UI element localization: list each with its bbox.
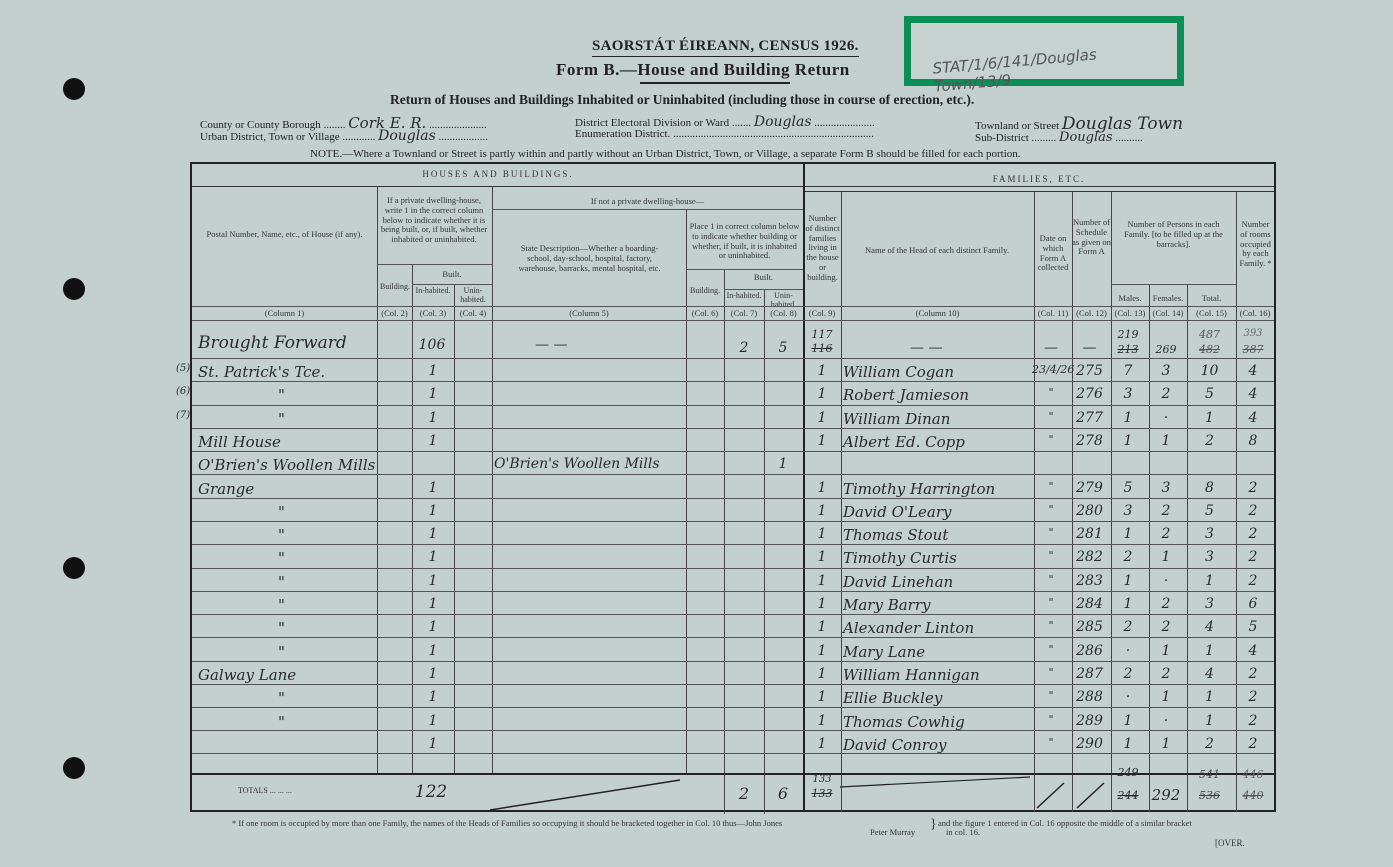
cell-c14: 1 (1147, 643, 1185, 659)
row-line (192, 428, 1274, 429)
cell-c16: 4 (1234, 643, 1272, 659)
cell-c13: 1 (1109, 410, 1147, 426)
cell-c12: 285 (1070, 619, 1109, 635)
cell-c10: David Linehan (843, 573, 1033, 591)
header-not-private: If not a private dwelling-house— (492, 197, 803, 207)
header-c4: Unin-habited. (455, 286, 491, 304)
cell-c12: 284 (1070, 596, 1109, 612)
cell-c15: 4 (1185, 619, 1234, 635)
footnote-name-2: Peter Murray (870, 827, 915, 837)
cell-c1: St. Patrick's Tce. (198, 363, 378, 381)
cell-c9: 1 (803, 363, 841, 379)
col-label: (Col. 16) (1236, 309, 1274, 319)
divider (1111, 284, 1236, 285)
col-label: (Col. 11) (1034, 309, 1072, 319)
cell-c12: 279 (1070, 480, 1109, 496)
cell-c10: Timothy Harrington (843, 480, 1033, 498)
totals-diagonal-c10 (840, 775, 1060, 811)
cell-c16: 2 (1234, 526, 1272, 542)
cell-c14: 2 (1147, 386, 1185, 402)
cell-c15: 3 (1185, 596, 1234, 612)
cell-c10: William Dinan (843, 410, 1033, 428)
cell-c10: Thomas Cowhig (843, 713, 1033, 731)
cell-c11: " (1032, 643, 1070, 656)
enum-field: Enumeration District. ..................… (575, 128, 874, 140)
cell-c16: 6 (1234, 596, 1272, 612)
cell-c15: 3 (1185, 526, 1234, 542)
bf-c15-old: 482 (1185, 343, 1234, 356)
cell-c14: · (1147, 573, 1185, 589)
cell-c16: 2 (1234, 736, 1272, 752)
cell-c3: 1 (412, 433, 454, 449)
cell-c11: " (1032, 713, 1070, 726)
col-label: (Col. 8) (764, 309, 803, 319)
header-c3: In-habited. (414, 286, 452, 295)
cell-c14: 2 (1147, 596, 1185, 612)
bf-c9-new: 117 (803, 328, 841, 341)
cell-c3: 1 (412, 526, 454, 542)
cell-c1: Galway Lane (198, 666, 378, 684)
cell-c9: 1 (803, 386, 841, 402)
cell-c13: 2 (1109, 666, 1147, 682)
cell-c14: 2 (1147, 666, 1185, 682)
cell-c15: 1 (1185, 713, 1234, 729)
cell-c15: 1 (1185, 573, 1234, 589)
row-line (192, 544, 1274, 545)
col-label: (Col. 7) (724, 309, 764, 319)
cell-c9: 1 (803, 643, 841, 659)
header-c13: Males. (1111, 294, 1149, 304)
cell-c13: · (1109, 689, 1147, 705)
cell-c9: 1 (803, 480, 841, 496)
bf-c10: — — (910, 340, 942, 356)
cell-c10: Mary Barry (843, 596, 1033, 614)
cell-c3: 1 (412, 503, 454, 519)
cell-c11: " (1032, 736, 1070, 749)
form-title: Form B.—House and Building Return (556, 60, 850, 80)
col-label: (Column 1) (192, 309, 377, 319)
cell-c11: " (1032, 526, 1070, 539)
header-c6: Building. (686, 286, 724, 295)
urban-value[interactable]: Douglas (378, 128, 436, 144)
cell-c16: 2 (1234, 549, 1272, 565)
totals-c9-new: 133 (803, 774, 841, 785)
cell-c12: 280 (1070, 503, 1109, 519)
col-label: (Col. 15) (1187, 309, 1236, 319)
col-label: (Col. 13) (1111, 309, 1149, 319)
bf-c15-new: 487 (1185, 328, 1234, 341)
totals-c13-new: 249 (1109, 766, 1147, 779)
cell-c15: 2 (1185, 736, 1234, 752)
cell-c11: " (1032, 596, 1070, 609)
cell-c11: " (1032, 503, 1070, 516)
bf-c3: 106 (412, 337, 452, 353)
cell-c14: 2 (1147, 619, 1185, 635)
cell-c15: 1 (1185, 643, 1234, 659)
reference-stamp: STAT/1/6/141/Douglas Town/13/9 (932, 38, 1178, 95)
divider (724, 289, 803, 290)
cell-c13: 5 (1109, 480, 1147, 496)
cell-c9: 1 (803, 689, 841, 705)
cell-c3: 1 (412, 666, 454, 682)
cell-c3: 1 (412, 480, 454, 496)
totals-c15-old: 536 (1185, 789, 1234, 802)
binder-hole (63, 278, 85, 300)
cell-c3: 1 (412, 736, 454, 752)
divider (377, 264, 492, 265)
col-label: (Col. 6) (686, 309, 724, 319)
bracket-icon: } (930, 817, 937, 833)
cell-c13: 3 (1109, 503, 1147, 519)
header-c14: Females. (1149, 294, 1187, 304)
header-built-2: Built. (724, 273, 803, 283)
col-label: (Col. 9) (803, 309, 841, 319)
cell-c12: 282 (1070, 549, 1109, 565)
cell-c16: 2 (1234, 689, 1272, 705)
row-line (192, 568, 1274, 569)
subdistrict-value[interactable]: Douglas (1059, 130, 1113, 145)
cell-c3: 1 (412, 549, 454, 565)
cell-c16: 5 (1234, 619, 1272, 635)
cell-prefix: (6) (176, 386, 196, 397)
col-label: (Col. 14) (1149, 309, 1187, 319)
totals-label: TOTALS ... ... ... (238, 786, 292, 795)
col-label: (Col. 12) (1072, 309, 1111, 319)
cell-c12: 275 (1070, 363, 1109, 379)
cell-c10: Ellie Buckley (843, 689, 1033, 707)
divider (192, 186, 1274, 187)
bf-c13-new: 219 (1109, 328, 1147, 341)
cell-c11: " (1032, 433, 1070, 446)
binder-hole (63, 78, 85, 100)
cell-c12: 286 (1070, 643, 1109, 659)
cell-c15: 4 (1185, 666, 1234, 682)
bf-c14: 269 (1147, 343, 1185, 356)
divider (492, 186, 493, 775)
cell-c3: 1 (412, 596, 454, 612)
cell-c16: 2 (1234, 573, 1272, 589)
cell-c9: 1 (803, 526, 841, 542)
section-families: FAMILIES, ETC. (804, 174, 1274, 184)
form-subtitle: Return of Houses and Buildings Inhabited… (390, 92, 974, 108)
cell-prefix: (7) (176, 410, 196, 421)
header-persons: Number of Persons in each Family. [to be… (1116, 220, 1231, 249)
cell-c12: 288 (1070, 689, 1109, 705)
cell-c14: 3 (1147, 480, 1185, 496)
totals-slashes (1032, 778, 1112, 814)
totals-diagonal (490, 775, 684, 811)
binder-hole (63, 757, 85, 779)
census-title: SAORSTÁT ÉIREANN, CENSUS 1926. (592, 38, 859, 57)
cell-c14: 3 (1147, 363, 1185, 379)
cell-c15: 5 (1185, 386, 1234, 402)
cell-c3: 1 (412, 643, 454, 659)
row-line (192, 451, 1274, 452)
row-line (192, 753, 1274, 754)
cell-c15: 2 (1185, 433, 1234, 449)
header-private: If a private dwelling-house, write 1 in … (379, 196, 489, 245)
col-label: (Col. 2) (377, 309, 412, 319)
cell-c9: 1 (803, 736, 841, 752)
cell-c14: · (1147, 713, 1185, 729)
cell-c13: 1 (1109, 713, 1147, 729)
row-line (192, 684, 1274, 685)
cell-c12: 287 (1070, 666, 1109, 682)
totals-c16-old: 440 (1234, 789, 1272, 802)
cell-c3: 1 (412, 689, 454, 705)
cell-c9: 1 (803, 713, 841, 729)
header-built: Built. (412, 270, 492, 280)
cell-c13: · (1109, 643, 1147, 659)
bf-c16-old: 387 (1234, 343, 1272, 356)
form-note: NOTE.—Where a Townland or Street is part… (310, 148, 1021, 160)
brought-forward-label: Brought Forward (198, 333, 347, 353)
reference-stamp-box: STAT/1/6/141/Douglas Town/13/9 (904, 16, 1184, 86)
row-line (192, 498, 1274, 499)
over-label: [OVER. (1215, 838, 1245, 848)
cell-c10: Thomas Stout (843, 526, 1033, 544)
cell-c12: 281 (1070, 526, 1109, 542)
cell-c14: 2 (1147, 526, 1185, 542)
cell-c10: William Cogan (843, 363, 1033, 381)
cell-c14: · (1147, 410, 1185, 426)
header-c5: State Description—Whether a boarding-sch… (512, 244, 667, 273)
cell-c9: 1 (803, 573, 841, 589)
cell-c3: 1 (412, 410, 454, 426)
cell-c1: Grange (198, 480, 378, 498)
cell-c13: 2 (1109, 619, 1147, 635)
cell-c11: " (1032, 386, 1070, 399)
divider (192, 306, 1274, 307)
cell-c9: 1 (803, 503, 841, 519)
cell-c11: " (1032, 666, 1070, 679)
cell-c14: 1 (1147, 433, 1185, 449)
cell-c13: 1 (1109, 433, 1147, 449)
header-c10: Name of the Head of each distinct Family… (862, 242, 1012, 259)
cell-c10: Alexander Linton (843, 619, 1033, 637)
cell-c9: 1 (803, 596, 841, 612)
cell-c11: " (1032, 689, 1070, 702)
divider (412, 284, 492, 285)
divider (686, 269, 803, 270)
row-line (192, 381, 1274, 382)
cell-c10: Robert Jamieson (843, 386, 1033, 404)
cell-c11: " (1032, 573, 1070, 586)
bf-c8: 5 (764, 340, 802, 356)
cell-c3: 1 (412, 713, 454, 729)
header-c16: Number of rooms occupied by each Family.… (1237, 220, 1274, 269)
bf-c7: 2 (724, 340, 764, 356)
header-c1: Postal Number, Name, etc., of House (if … (192, 226, 377, 242)
cell-c15: 1 (1185, 410, 1234, 426)
row-line (192, 614, 1274, 615)
row-line (192, 358, 1274, 359)
cell-c16: 4 (1234, 363, 1272, 379)
cell-c11: " (1032, 410, 1070, 423)
cell-c3: 1 (412, 386, 454, 402)
cell-c10: Mary Lane (843, 643, 1033, 661)
totals-c15-new: 541 (1185, 768, 1234, 781)
cell-c13: 1 (1109, 526, 1147, 542)
cell-c13: 3 (1109, 386, 1147, 402)
cell-c15: 10 (1185, 363, 1234, 379)
bf-c11: — (1032, 340, 1070, 356)
cell-c10: David Conroy (843, 736, 1033, 754)
totals-c16-new: 446 (1234, 768, 1272, 781)
cell-c12: 277 (1070, 410, 1109, 426)
cell-c9: 1 (803, 666, 841, 682)
bf-c16-new: 393 (1234, 328, 1272, 339)
header-c2: Building. (378, 282, 412, 291)
cell-c12: 290 (1070, 736, 1109, 752)
cell-c16: 2 (1234, 713, 1272, 729)
binder-hole (63, 557, 85, 579)
header-c12: Number of Schedule as given on Form A (1072, 218, 1111, 257)
bf-c9-old: 116 (803, 342, 841, 355)
cell-c16: 4 (1234, 410, 1272, 426)
header-c7: In-habited. (725, 291, 763, 300)
header-c6-8: Place 1 in correct column below to indic… (688, 222, 801, 261)
cell-c13: 1 (1109, 573, 1147, 589)
footnote: * If one room is occupied by more than o… (232, 818, 782, 828)
cell-c9: 1 (803, 619, 841, 635)
bf-c13-old: 213 (1109, 343, 1147, 356)
cell-c14: 1 (1147, 549, 1185, 565)
cell-c10: Timothy Curtis (843, 549, 1033, 567)
totals-c9-old: 133 (803, 787, 841, 800)
cell-c9: 1 (803, 410, 841, 426)
cell-c14: 2 (1147, 503, 1185, 519)
divider (805, 191, 1274, 192)
cell-c15: 5 (1185, 503, 1234, 519)
cell-c10: Albert Ed. Copp (843, 433, 1033, 451)
cell-c9: 1 (803, 549, 841, 565)
cell-c15: 8 (1185, 480, 1234, 496)
subdistrict-field: Sub-District ......... Douglas .........… (975, 130, 1143, 145)
cell-c8: 1 (764, 456, 802, 472)
row-line (192, 521, 1274, 522)
divider (192, 320, 1274, 321)
cell-c16: 4 (1234, 386, 1272, 402)
cell-prefix: (5) (176, 363, 196, 374)
cell-c3: 1 (412, 573, 454, 589)
section-houses: HOUSES AND BUILDINGS. (192, 169, 804, 179)
cell-c13: 1 (1109, 736, 1147, 752)
cell-c16: 8 (1234, 433, 1272, 449)
cell-c5: O'Brien's Woollen Mills (494, 456, 684, 472)
cell-c15: 3 (1185, 549, 1234, 565)
cell-c14: 1 (1147, 736, 1185, 752)
cell-c9: 1 (803, 433, 841, 449)
cell-c11: 23/4/26 (1032, 363, 1070, 376)
cell-c1: O'Brien's Woollen Mills (198, 456, 378, 474)
col-label: (Col. 3) (412, 309, 454, 319)
totals-c3: 122 (410, 782, 452, 802)
row-line (192, 405, 1274, 406)
header-c15: Total. (1187, 294, 1236, 304)
cell-c12: 276 (1070, 386, 1109, 402)
totals-c7: 2 (724, 784, 764, 803)
divider (764, 289, 765, 814)
cell-c16: 2 (1234, 480, 1272, 496)
bf-c12: — (1070, 340, 1109, 356)
totals-c13-old: 244 (1109, 789, 1147, 802)
cell-c3: 1 (412, 363, 454, 379)
bf-c5: — — (535, 337, 567, 353)
cell-c11: " (1032, 480, 1070, 493)
row-line (192, 591, 1274, 592)
cell-c12: 283 (1070, 573, 1109, 589)
cell-c10: David O'Leary (843, 503, 1033, 521)
cell-c16: 2 (1234, 666, 1272, 682)
cell-c12: 278 (1070, 433, 1109, 449)
title-underline (640, 82, 790, 84)
footnote-cont-2: in col. 16. (946, 827, 980, 837)
urban-field: Urban District, Town or Village ........… (200, 128, 488, 144)
cell-c15: 1 (1185, 689, 1234, 705)
divider (841, 191, 842, 812)
cell-c12: 289 (1070, 713, 1109, 729)
cell-c11: " (1032, 549, 1070, 562)
totals-c8: 6 (764, 784, 802, 803)
cell-c10: William Hannigan (843, 666, 1033, 684)
totals-c14: 292 (1147, 786, 1185, 804)
col-label: (Column 5) (492, 309, 686, 319)
cell-c14: 1 (1147, 689, 1185, 705)
header-c11: Date on which Form A collected (1034, 234, 1072, 273)
col-label: (Col. 4) (454, 309, 492, 319)
cell-c16: 2 (1234, 503, 1272, 519)
cell-c1: Mill House (198, 433, 378, 451)
cell-c11: " (1032, 619, 1070, 632)
cell-c13: 2 (1109, 549, 1147, 565)
header-c9: Number of distinct families living in th… (804, 214, 841, 282)
row-line (192, 661, 1274, 662)
divider (492, 209, 803, 210)
cell-c13: 7 (1109, 363, 1147, 379)
cell-c3: 1 (412, 619, 454, 635)
cell-c13: 1 (1109, 596, 1147, 612)
col-label: (Column 10) (841, 309, 1034, 319)
